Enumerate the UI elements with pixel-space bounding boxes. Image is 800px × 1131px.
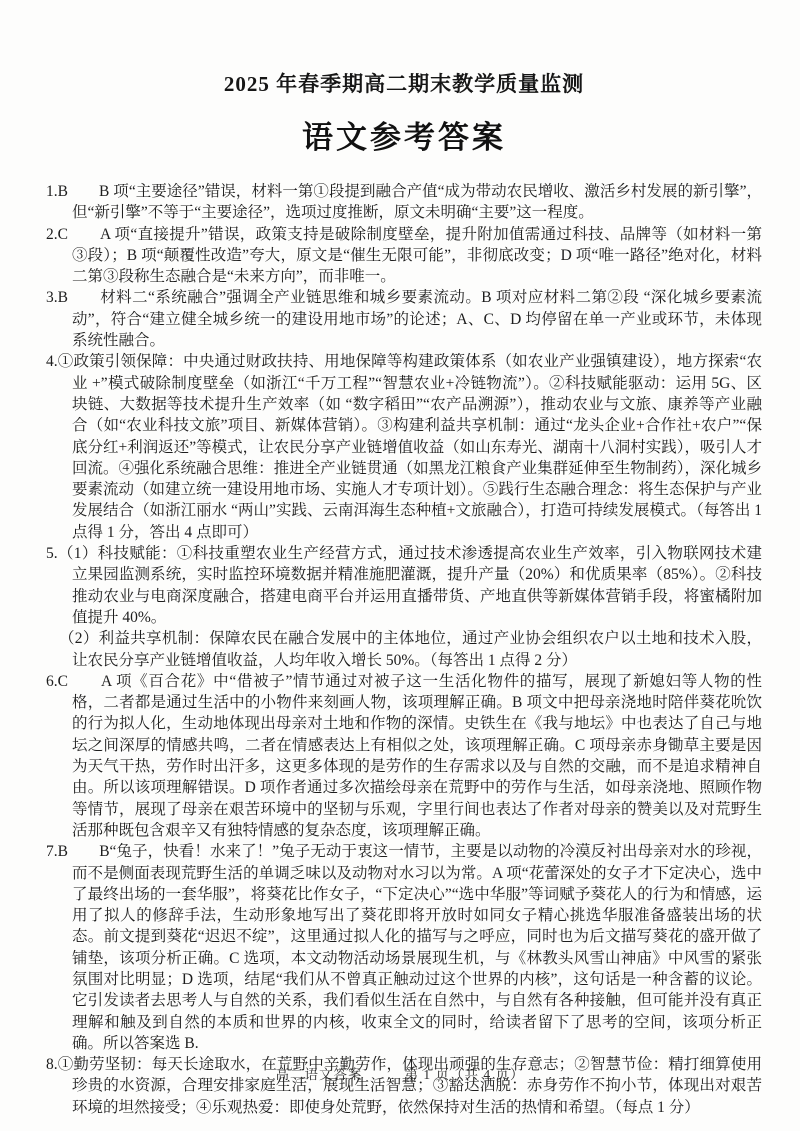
answer-item-2: 2.C A 项“直接提升”错误，政策支持是破除制度壁垒，提升附加值需通过科技、品… xyxy=(46,224,762,288)
answer-item-5-part-1: 5.（1）科技赋能：①科技重塑农业生产经营方式，通过技术渗透提高农业生产效率，引… xyxy=(46,543,762,628)
footer-doc-label: 高二语文答案 xyxy=(276,1067,363,1082)
answer-item-4: 4.①政策引领保障：中央通过财政扶持、用地保障等构建政策体系（如农业产业强镇建设… xyxy=(46,351,762,543)
answer-item-7: 7.B B“兔子，快看！水来了！”兔子无动于衷这一情节，主要是以动物的冷漠反衬出… xyxy=(46,841,762,1054)
answer-item-1: 1.B B 项“主要途径”错误，材料一第①段提到融合产值“成为带动农民增收、激活… xyxy=(46,181,762,224)
footer-page-number: 第 1 页（共 4 页） xyxy=(405,1067,525,1082)
answer-item-5-part-2: （2）利益共享机制：保障农民在融合发展中的主体地位，通过产业协会组织农户以土地和… xyxy=(46,628,762,671)
answer-item-6: 6.C A 项《百合花》中“借被子”情节通过对被子这一生活化物件的描写，展现了新… xyxy=(46,671,762,841)
exam-title: 2025 年春季期高二期末教学质量监测 xyxy=(46,68,762,98)
answer-sheet-page: 2025 年春季期高二期末教学质量监测 语文参考答案 1.B B 项“主要途径”… xyxy=(0,0,800,1131)
answer-item-3: 3.B 材料二“系统融合”强调全产业链思维和城乡要素流动。B 项对应材料二第②段… xyxy=(46,287,762,351)
answer-key-subtitle: 语文参考答案 xyxy=(46,112,762,157)
answer-content: 1.B B 项“主要途径”错误，材料一第①段提到融合产值“成为带动农民增收、激活… xyxy=(46,181,762,1118)
page-footer: 高二语文答案第 1 页（共 4 页） xyxy=(0,1063,800,1083)
